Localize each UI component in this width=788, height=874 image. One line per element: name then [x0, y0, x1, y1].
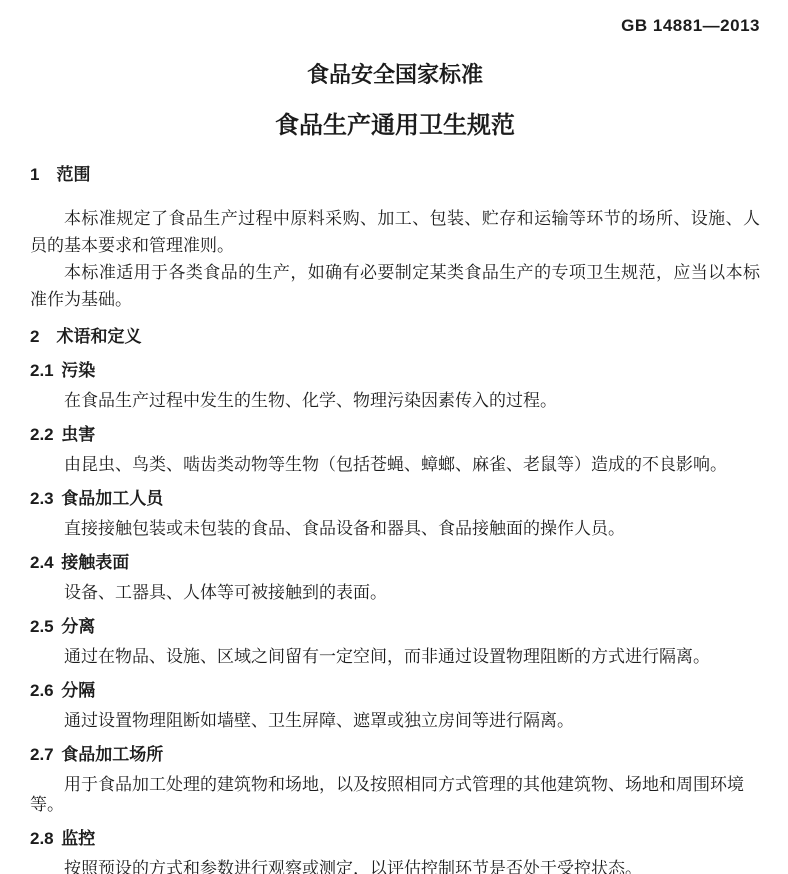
term-definition-2-3: 直接接触包装或未包装的食品、食品设备和器具、食品接触面的操作人员。 — [30, 519, 760, 539]
term-number-2-4: 2.4 — [30, 553, 54, 573]
document-subtitle: 食品生产通用卫生规范 — [30, 112, 760, 140]
term-definition-2-6: 通过设置物理阻断如墙壁、卫生屏障、遮罩或独立房间等进行隔离。 — [30, 711, 760, 731]
term-number-2-8: 2.8 — [30, 829, 54, 849]
term-heading-2-1: 2.1污染 — [30, 361, 760, 381]
document-title: 食品安全国家标准 — [30, 62, 760, 88]
section-2-title: 术语和定义 — [56, 327, 141, 346]
term-definition-2-4: 设备、工器具、人体等可被接触到的表面。 — [30, 583, 760, 603]
term-heading-2-8: 2.8监控 — [30, 829, 760, 849]
standard-code: GB 14881—2013 — [30, 16, 760, 36]
term-definition-2-5: 通过在物品、设施、区域之间留有一定空间，而非通过设置物理阻断的方式进行隔离。 — [30, 647, 760, 667]
term-number-2-7: 2.7 — [30, 745, 54, 765]
term-number-2-3: 2.3 — [30, 489, 54, 509]
term-label-2-5: 分离 — [61, 617, 95, 636]
term-heading-2-4: 2.4接触表面 — [30, 553, 760, 573]
term-heading-2-3: 2.3食品加工人员 — [30, 489, 760, 509]
term-label-2-6: 分隔 — [61, 681, 95, 700]
term-definition-2-8: 按照预设的方式和参数进行观察或测定，以评估控制环节是否处于受控状态。 — [30, 859, 760, 874]
term-number-2-2: 2.2 — [30, 425, 54, 445]
term-label-2-1: 污染 — [61, 361, 95, 380]
section-1-title: 范围 — [56, 165, 90, 184]
term-label-2-2: 虫害 — [61, 425, 95, 444]
section-1-heading: 1范围 — [30, 165, 760, 185]
term-definition-2-7: 用于食品加工处理的建筑物和场地，以及按照相同方式管理的其他建筑物、场地和周围环境… — [30, 775, 760, 815]
term-number-2-5: 2.5 — [30, 617, 54, 637]
section-2-heading: 2术语和定义 — [30, 327, 760, 347]
term-label-2-4: 接触表面 — [61, 553, 129, 572]
section-2-number: 2 — [30, 327, 39, 347]
term-number-2-1: 2.1 — [30, 361, 54, 381]
term-definition-2-1: 在食品生产过程中发生的生物、化学、物理污染因素传入的过程。 — [30, 391, 760, 411]
scope-paragraph-2: 本标准适用于各类食品的生产，如确有必要制定某类食品生产的专项卫生规范，应当以本标… — [30, 259, 760, 313]
term-definition-2-2: 由昆虫、鸟类、啮齿类动物等生物（包括苍蝇、蟑螂、麻雀、老鼠等）造成的不良影响。 — [30, 455, 760, 475]
term-label-2-7: 食品加工场所 — [61, 745, 163, 764]
scope-paragraph-1: 本标准规定了食品生产过程中原料采购、加工、包装、贮存和运输等环节的场所、设施、人… — [30, 205, 760, 259]
term-heading-2-7: 2.7食品加工场所 — [30, 745, 760, 765]
term-heading-2-6: 2.6分隔 — [30, 681, 760, 701]
term-number-2-6: 2.6 — [30, 681, 54, 701]
document-page: GB 14881—2013 食品安全国家标准 食品生产通用卫生规范 1范围 本标… — [0, 0, 788, 874]
term-label-2-8: 监控 — [61, 829, 95, 848]
term-label-2-3: 食品加工人员 — [61, 489, 163, 508]
term-heading-2-2: 2.2虫害 — [30, 425, 760, 445]
term-heading-2-5: 2.5分离 — [30, 617, 760, 637]
section-1-number: 1 — [30, 165, 39, 185]
